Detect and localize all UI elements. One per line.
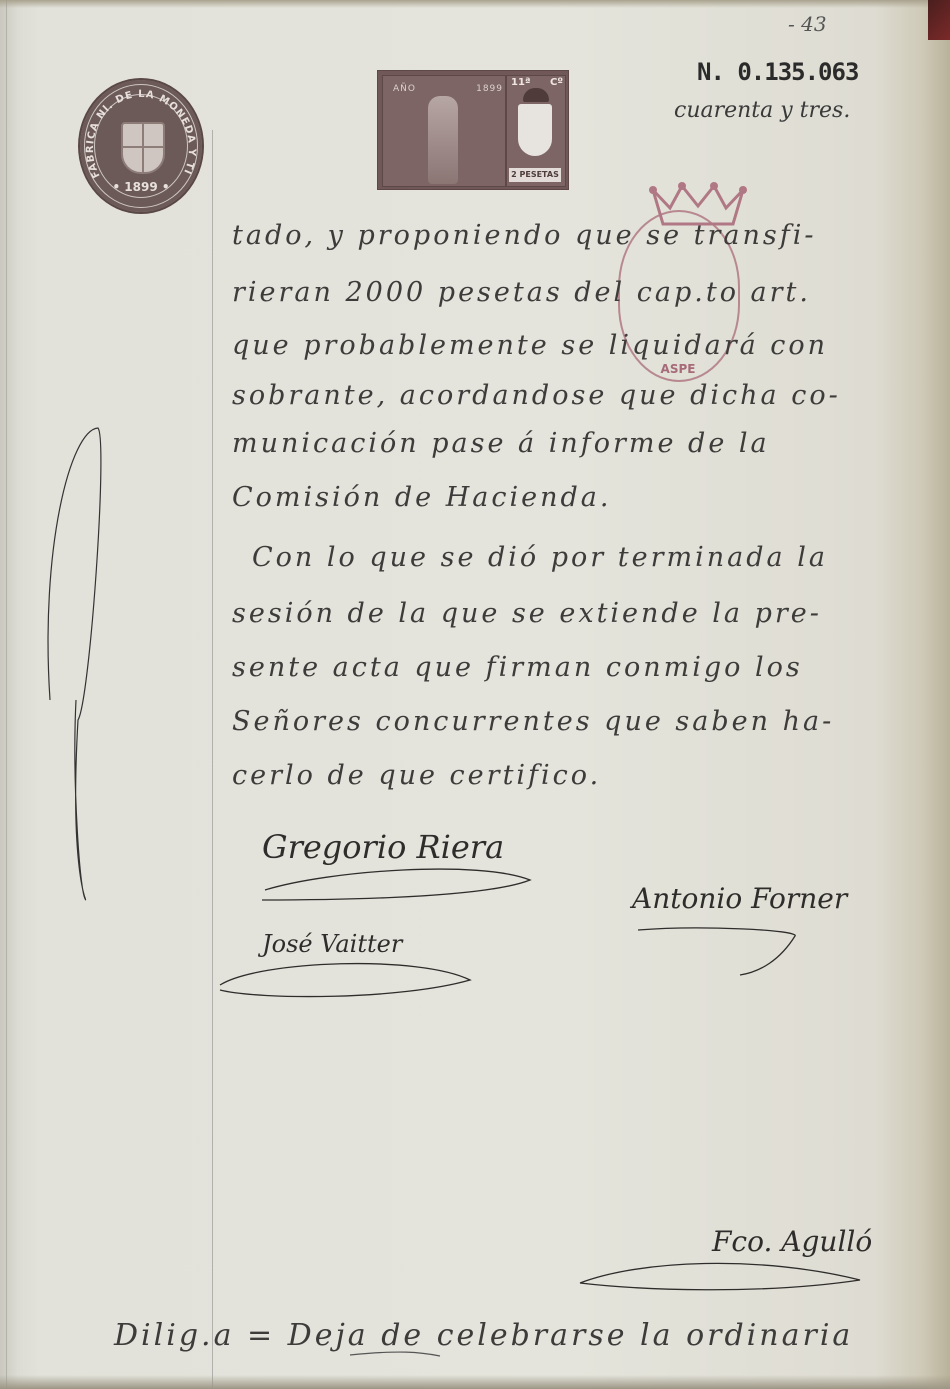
- allegorical-figure-icon: [428, 96, 458, 184]
- stamp-class-suffix: Cº: [550, 77, 563, 88]
- revenue-stamp: AÑO 1899 11ª Cº 2 PESETAS: [377, 70, 569, 190]
- serial-number-words: cuarenta y tres.: [674, 98, 850, 123]
- body-line: cerlo de que certifico.: [232, 760, 601, 791]
- signature-jose-vaitter: José Vaitter: [262, 930, 402, 958]
- body-line: tado, y proponiendo que se transfi-: [232, 220, 817, 251]
- body-line: rieran 2000 pesetas del cap.to art.: [232, 277, 811, 308]
- page-top-edge: [0, 0, 950, 8]
- document-page: FABRICA Nl. DE LA MONEDA Y TIMBRE • 1899…: [0, 0, 950, 1389]
- municipal-stamp-place: ASPE: [648, 362, 708, 376]
- body-line: Con lo que se dió por terminada la: [252, 542, 828, 573]
- seal-year: • 1899 •: [80, 180, 202, 194]
- signature-fco-agullo: Fco. Agulló: [712, 1225, 872, 1258]
- stamp-class: 11ª: [511, 77, 531, 88]
- signature-antonio-forner: Antonio Forner: [632, 882, 847, 915]
- blank-shield-icon: [518, 104, 552, 156]
- body-line: sobrante, acordandose que dicha co-: [232, 380, 841, 411]
- stamp-value: 2 PESETAS: [509, 168, 561, 182]
- body-line: sesión de la que se extiende la pre-: [232, 598, 822, 629]
- body-line: que probablemente se liquidará con: [232, 330, 828, 361]
- stamp-ano-label: AÑO: [393, 84, 416, 94]
- embossed-seal: FABRICA Nl. DE LA MONEDA Y TIMBRE • 1899…: [78, 78, 204, 214]
- body-line: municación pase á informe de la: [232, 428, 770, 459]
- body-line: sente acta que firman conmigo los: [232, 652, 803, 683]
- body-line: Comisión de Hacienda.: [232, 482, 611, 513]
- stamp-year: 1899: [476, 84, 503, 94]
- folio-number: - 43: [788, 12, 827, 36]
- stamp-allegory-panel: AÑO 1899: [382, 75, 506, 187]
- crown-icon: [523, 88, 549, 102]
- coat-of-arms-icon: [121, 122, 165, 174]
- left-fold-line: [6, 0, 7, 1389]
- signature-gregorio-riera: Gregorio Riera: [262, 828, 504, 866]
- stamp-shield-panel: 11ª Cº 2 PESETAS: [506, 75, 566, 187]
- diligencia-line: Dilig.a = Deja de celebrarse la ordinari…: [114, 1318, 853, 1353]
- body-line: Señores concurrentes que saben ha-: [232, 706, 834, 737]
- page-bottom-edge: [0, 1375, 950, 1389]
- binding-corner: [928, 0, 950, 40]
- margin-rule: [212, 130, 213, 1389]
- serial-number: N. 0.135.063: [697, 58, 858, 86]
